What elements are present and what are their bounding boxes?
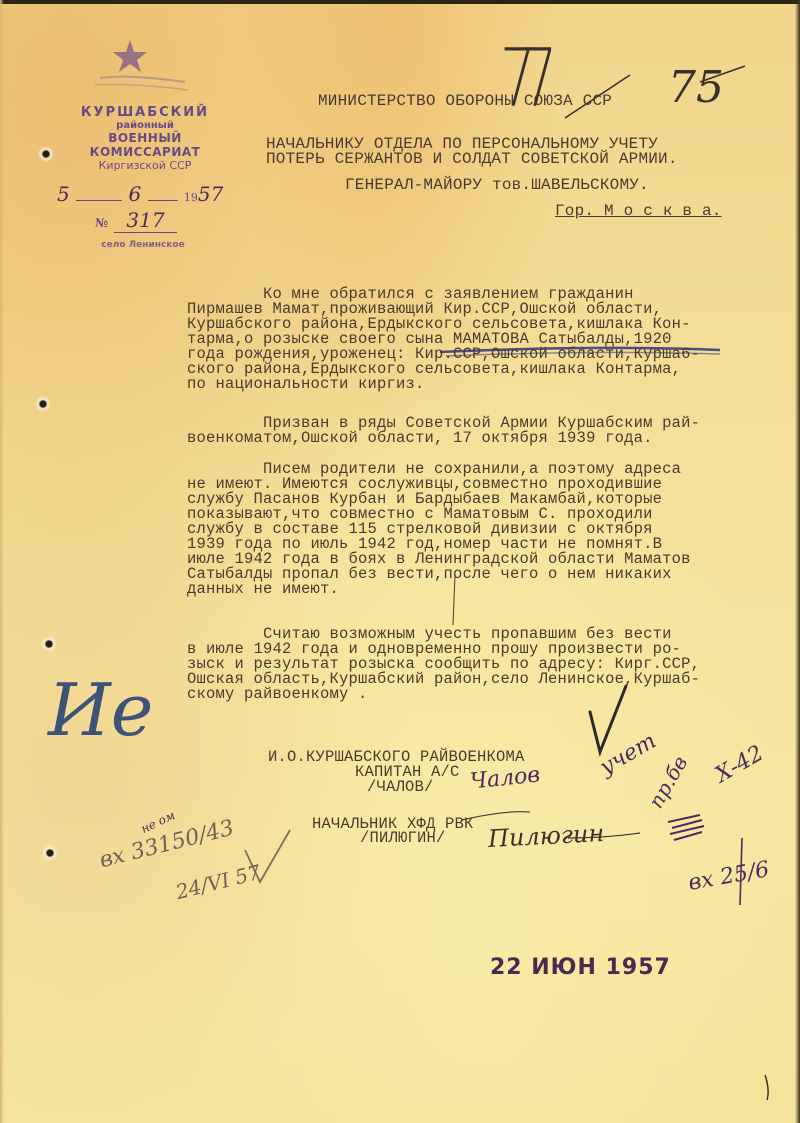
signature-name-2: /ПИЛЮГИН/ xyxy=(360,831,446,846)
body-line: данных не имеют. xyxy=(187,582,339,597)
margin-initials: Ие xyxy=(48,668,153,752)
signature-name-1: /ЧАЛОВ/ xyxy=(367,780,434,795)
body-line: скому райвоенкому . xyxy=(187,687,368,702)
document-page: КУРШАБСКИЙ районный ВОЕННЫЙ КОМИССАРИАТ … xyxy=(0,0,800,1123)
body-line: по национальности киргиз. xyxy=(187,377,425,392)
received-date-stamp: 22 ИЮН 1957 xyxy=(490,955,671,980)
body-line: военкоматом,Ошской области, 17 октября 1… xyxy=(187,431,653,446)
